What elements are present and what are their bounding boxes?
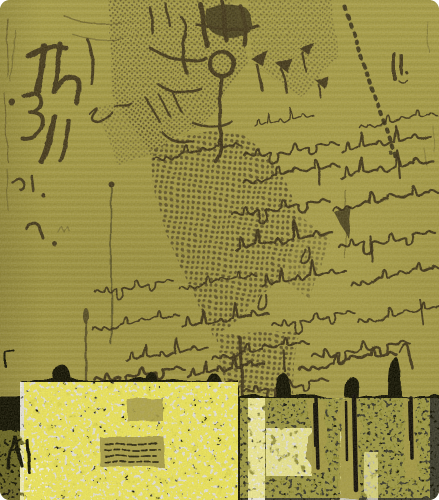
- rug-artwork: [0, 0, 439, 500]
- artwork-stage: [0, 0, 439, 500]
- texture-grain-overlay: [0, 0, 439, 500]
- artwork-canvas: [0, 0, 439, 500]
